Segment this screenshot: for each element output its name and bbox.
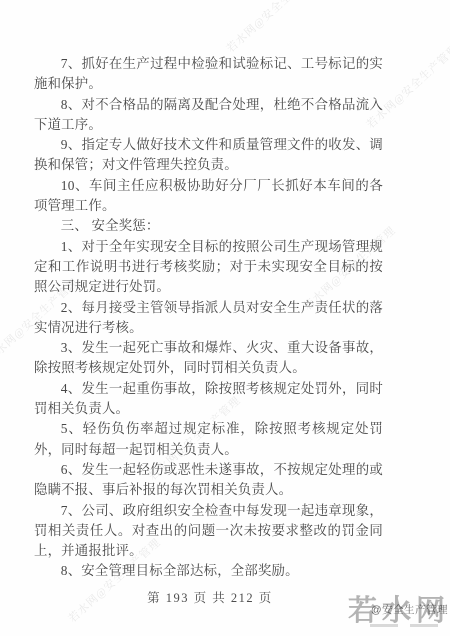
section-heading: 三、 安全奖惩： [34,216,383,236]
logo-subtext-mark [410,624,438,627]
document-page: 若水网@安全生产管理 若水网@安全生产管理 若水网@安全生产管理 若水网@安全生… [0,0,450,636]
paragraph: 8、安全管理目标全部达标，全部奖励。 [34,561,383,581]
paragraph: 7、公司、政府组织安全检查中每发现一起违章现象，罚相关责任人。对查出的问题一次未… [34,501,383,562]
paragraph: 6、发生一起轻伤或恶性未遂事故，不按规定处理的或隐瞒不报、事后补报的每次罚相关负… [34,460,383,501]
paragraph: 3、发生一起死亡事故和爆炸、火灾、重大设备事故，除按照考核规定处罚外，同时罚相关… [34,338,383,379]
document-body: 7、抓好在生产过程中检验和试验标记、工号标记的实施和保护。 8、对不合格品的隔离… [34,54,383,582]
watermark-text: 若水网@安全生产管理 [223,0,322,56]
paragraph: 10、车间主任应积极协助好分厂厂长抓好本车间的各项管理工作。 [34,176,383,217]
paragraph: 2、每月接受主管领导指派人员对安全生产责任状的落实情况进行考核。 [34,298,383,339]
logo-subtext-mark [370,624,398,627]
site-logo: 若水网 @安全生产管理 [335,588,450,630]
paragraph: 9、指定专人做好技术文件和质量管理文件的收发、调换和保管；对文件管理失控负责。 [34,135,383,176]
paragraph: 8、对不合格品的隔离及配合处理，杜绝不合格品流入下道工序。 [34,95,383,136]
paragraph: 5、轻伤负伤率超过规定标准，除按照考核规定处罚外，同时每超一起罚相关负责人。 [34,419,383,460]
paragraph: 7、抓好在生产过程中检验和试验标记、工号标记的实施和保护。 [34,54,383,95]
logo-watermark-text: @安全生产管理 [371,602,448,617]
paragraph: 4、发生一起重伤事故，除按照考核规定处罚外，同时罚相关负责人。 [34,379,383,420]
paragraph: 1、对于全年实现安全目标的按照公司生产现场管理规定和工作说明书进行考核奖励；对于… [34,237,383,298]
